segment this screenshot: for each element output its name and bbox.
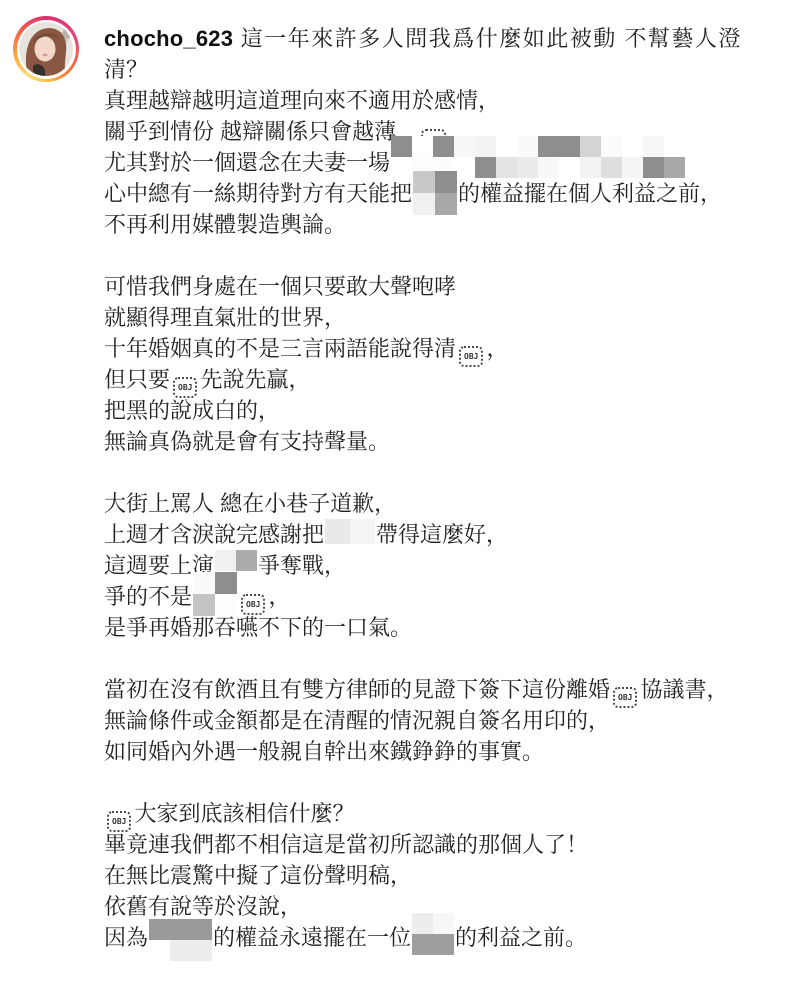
post-caption-view: G chocho_623 這一年來許多人問我爲什麼如此被動 不幫藝人澄清？真理越…	[0, 0, 800, 1005]
caption-text-run: 協議書，	[640, 677, 728, 702]
caption-text-run: 就顯得理直氣壯的世界，	[104, 305, 346, 330]
object-replacement-icon: OBJ	[459, 346, 483, 367]
caption-line: 當初在沒有飲酒且有雙方律師的見證下簽下這份離婚OBJ協議書，	[104, 674, 796, 705]
username-link[interactable]: chocho_623	[104, 26, 233, 51]
caption-line: OBJ大家到底該相信什麼？	[104, 798, 796, 829]
caption-text-run: 十年婚姻真的不是三言兩語能說得清	[104, 336, 456, 361]
caption-text-run: 當初在沒有飲酒且有雙方律師的見證下簽下這份離婚	[104, 677, 610, 702]
caption-text-run: 清？	[104, 57, 148, 82]
caption-text-run: 把黑的說成白的，	[104, 398, 280, 423]
caption-text-run: 關乎到情份 越辯關係只會越薄，	[104, 119, 418, 144]
censor-mosaic-grid	[412, 913, 454, 955]
caption-line: 無論真偽就是會有支持聲量。	[104, 426, 796, 457]
caption-text-run: 無論條件或金額都是在清醒的情況親自簽名用印的，	[104, 708, 610, 733]
caption-text-run: 無論真偽就是會有支持聲量。	[104, 429, 390, 454]
avatar[interactable]: G	[13, 16, 79, 82]
caption-line: 真理越辯越明這道理向來不適用於感情，	[104, 85, 796, 116]
caption-line: 清？	[104, 54, 796, 85]
caption-line: 無論條件或金額都是在清醒的情況親自簽名用印的，	[104, 705, 796, 736]
caption-paragraph: 可惜我們身處在一個只要敢大聲咆哮就顯得理直氣壯的世界，十年婚姻真的不是三言兩語能…	[104, 271, 796, 457]
caption-paragraph: OBJ大家到底該相信什麼？畢竟連我們都不相信這是當初所認識的那個人了！在無比震驚…	[104, 798, 796, 953]
censor-mosaic-grid	[413, 171, 457, 215]
caption-line: 十年婚姻真的不是三言兩語能說得清OBJ，	[104, 333, 796, 364]
caption-text-run: 的權益永遠擺在一位	[213, 925, 411, 950]
caption-text-run: 畢竟連我們都不相信這是當初所認識的那個人了！	[104, 832, 588, 857]
caption-paragraph: 當初在沒有飲酒且有雙方律師的見證下簽下這份離婚OBJ協議書，無論條件或金額都是在…	[104, 674, 796, 767]
caption-text-run: 真理越辯越明這道理向來不適用於感情，	[104, 88, 500, 113]
censor-mosaic	[413, 179, 457, 205]
caption-text-run: 心中總有一絲期待對方有天能把	[104, 181, 412, 206]
caption-line: 是爭再婚那吞嚥不下的一口氣。	[104, 612, 796, 643]
caption-text-run: 大街上罵人 總在小巷子道歉，	[104, 491, 396, 516]
profile-photo: G	[19, 22, 73, 76]
caption-text-run: 不再利用媒體製造輿論。	[104, 212, 346, 237]
caption-text-run: 爭的不是	[104, 584, 192, 609]
caption-line: 上週才含淚說完感謝把帶得這麼好，	[104, 519, 796, 550]
caption-line: 心中總有一絲期待對方有天能把的權益擺在個人利益之前，	[104, 178, 796, 209]
caption-text-run: 如同婚內外遇一般親自幹出來鐵錚錚的事實。	[104, 739, 544, 764]
avatar-ring-gap: G	[17, 20, 76, 79]
caption-line: 爭的不是OBJ，	[104, 581, 796, 612]
censor-mosaic	[412, 923, 454, 949]
censor-mosaic-grid	[215, 550, 257, 571]
censor-mosaic-grid	[193, 572, 237, 616]
caption-text-run: 是爭再婚那吞嚥不下的一口氣。	[104, 615, 412, 640]
object-replacement-icon: OBJ	[613, 687, 637, 708]
caption-paragraph: 大街上罵人 總在小巷子道歉，上週才含淚說完感謝把帶得這麼好，這週要上演爭奪戰，爭…	[104, 488, 796, 643]
censor-mosaic-grid	[325, 519, 375, 544]
caption-text-run: 帶得這麼好，	[376, 522, 508, 547]
caption-text-run: 但只要	[104, 367, 170, 392]
censor-mosaic	[149, 923, 212, 949]
caption-text-run: 先說先贏，	[200, 367, 310, 392]
caption-text-run: 爭奪戰，	[258, 553, 346, 578]
censor-mosaic	[193, 582, 237, 608]
caption-text-run: 上週才含淚說完感謝把	[104, 522, 324, 547]
caption-paragraph: chocho_623 這一年來許多人問我爲什麼如此被動 不幫藝人澄清？真理越辯越…	[104, 23, 796, 240]
censor-mosaic	[325, 520, 375, 546]
caption-text-run: 在無比震驚中擬了這份聲明稿，	[104, 863, 412, 888]
caption-line: 如同婚內外遇一般親自幹出來鐵錚錚的事實。	[104, 736, 796, 767]
caption-line: 大街上罵人 總在小巷子道歉，	[104, 488, 796, 519]
caption-line: 因為的權益永遠擺在一位的利益之前。	[104, 922, 796, 953]
caption-line: 把黑的說成白的，	[104, 395, 796, 426]
censor-mosaic-grid	[149, 919, 212, 961]
caption-line: 畢竟連我們都不相信這是當初所認識的那個人了！	[104, 829, 796, 860]
caption-line: 但只要OBJ先說先贏，	[104, 364, 796, 395]
caption-text-run: 這一年來許多人問我爲什麼如此被動 不幫藝人澄	[233, 26, 742, 51]
caption-text-run: 的利益之前。	[455, 925, 587, 950]
caption-text-run: 依舊有說等於沒說，	[104, 894, 302, 919]
caption: chocho_623 這一年來許多人問我爲什麼如此被動 不幫藝人澄清？真理越辯越…	[104, 23, 796, 953]
caption-line: 可惜我們身處在一個只要敢大聲咆哮	[104, 271, 796, 302]
caption-text-run: 尤其對於一個還念在夫妻一場	[104, 150, 390, 175]
caption-text-run: 可惜我們身處在一個只要敢大聲咆哮	[104, 274, 456, 299]
caption-line: 就顯得理直氣壯的世界，	[104, 302, 796, 333]
caption-text-run: 大家到底該相信什麼？	[134, 801, 354, 826]
caption-line: chocho_623 這一年來許多人問我爲什麼如此被動 不幫藝人澄	[104, 23, 796, 54]
caption-text-run: ，	[268, 584, 290, 609]
caption-text-run: 因為	[104, 925, 148, 950]
caption-line: 在無比震驚中擬了這份聲明稿，	[104, 860, 796, 891]
caption-text-run: 的權益擺在個人利益之前，	[458, 181, 722, 206]
caption-text-run: ，	[486, 336, 508, 361]
